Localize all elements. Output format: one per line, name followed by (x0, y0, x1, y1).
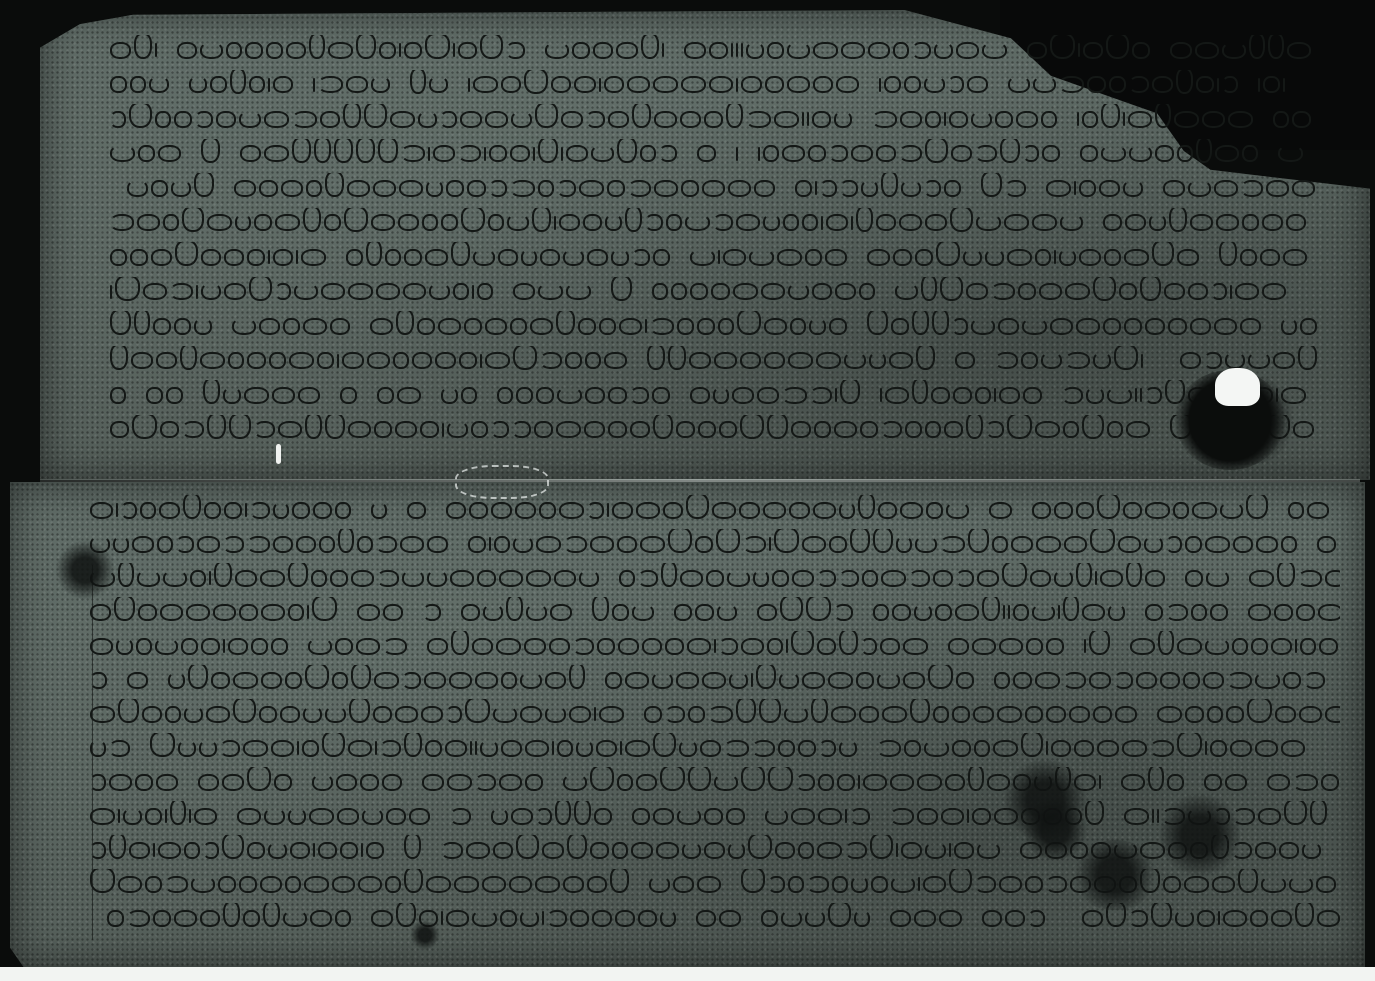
script-glyph (873, 808, 887, 825)
script-glyph (295, 774, 309, 791)
script-glyph (653, 249, 670, 266)
script-glyph (343, 104, 361, 128)
script-glyph (353, 318, 367, 335)
script-glyph (239, 604, 258, 621)
script-glyph (741, 767, 765, 791)
script-glyph (839, 502, 855, 519)
script-glyph (127, 180, 148, 197)
script-glyph (313, 502, 332, 519)
script-glyph (890, 910, 911, 927)
script-glyph (309, 808, 334, 825)
script-glyph (702, 180, 725, 197)
script-glyph (1222, 42, 1246, 59)
script-glyph (235, 570, 257, 587)
script-glyph (635, 283, 649, 300)
script-glyph (239, 876, 257, 893)
script-glyph (837, 774, 855, 791)
script-glyph (938, 352, 952, 369)
script-glyph (203, 842, 219, 859)
script-glyph (266, 42, 283, 59)
script-glyph (356, 638, 380, 655)
script-glyph (677, 318, 694, 335)
script-glyph (245, 42, 263, 59)
script-glyph (461, 604, 480, 621)
script-glyph (790, 318, 806, 335)
script-glyph (1225, 352, 1245, 369)
script-glyph (371, 910, 393, 927)
script-glyph (182, 421, 204, 438)
script-glyph (972, 638, 996, 655)
script-glyph (878, 502, 897, 519)
script-glyph (968, 767, 984, 791)
script-glyph (1141, 354, 1143, 368)
script-glyph (757, 387, 779, 404)
script-glyph (706, 570, 724, 587)
script-glyph (1205, 536, 1230, 553)
script-glyph (557, 740, 573, 757)
script-glyph (640, 145, 656, 162)
script-glyph (876, 145, 896, 162)
script-glyph (564, 536, 587, 553)
script-glyph (652, 283, 668, 300)
script-glyph (261, 672, 282, 689)
script-glyph (526, 604, 547, 621)
script-glyph (1235, 283, 1259, 300)
script-glyph (1007, 415, 1032, 439)
script-glyph (909, 570, 930, 587)
script-glyph (383, 638, 407, 655)
script-glyph (807, 876, 829, 893)
script-glyph (758, 147, 760, 161)
script-glyph (472, 285, 474, 299)
script-glyph (844, 352, 866, 369)
script-glyph (554, 216, 556, 230)
script-glyph (557, 180, 576, 197)
script-glyph (110, 285, 112, 299)
script-glyph (612, 502, 633, 519)
script-glyph (156, 774, 178, 791)
script-glyph (652, 672, 673, 689)
script-glyph (719, 638, 738, 655)
script-glyph (615, 910, 635, 927)
script-glyph (978, 352, 992, 369)
script-glyph (704, 111, 723, 128)
script-glyph (698, 421, 716, 438)
script-glyph (619, 570, 635, 587)
script-glyph (682, 842, 701, 859)
script-glyph (513, 346, 537, 370)
script-glyph (782, 145, 805, 162)
script-glyph (322, 733, 345, 757)
script-glyph (767, 415, 788, 439)
script-glyph (297, 741, 299, 755)
script-glyph (1230, 740, 1252, 757)
script-glyph (859, 706, 879, 723)
script-glyph (1030, 570, 1051, 587)
script-glyph (680, 111, 701, 128)
script-glyph (110, 346, 128, 370)
script-glyph (1152, 809, 1154, 823)
script-glyph (494, 536, 510, 553)
script-glyph (1190, 318, 1211, 335)
script-glyph (751, 673, 753, 687)
script-glyph (90, 740, 106, 757)
script-glyph (733, 283, 758, 300)
script-glyph (451, 242, 470, 266)
script-glyph (438, 318, 461, 335)
script-glyph (114, 597, 135, 621)
script-glyph (932, 311, 949, 335)
script-glyph (178, 740, 196, 757)
script-glyph (709, 76, 733, 93)
script-glyph (956, 570, 974, 587)
script-glyph (509, 876, 532, 893)
script-glyph (1128, 604, 1142, 621)
script-glyph (1318, 604, 1340, 621)
script-glyph (656, 842, 679, 859)
script-glyph (574, 76, 596, 93)
script-glyph (632, 249, 650, 266)
script-glyph (896, 843, 898, 857)
inscription-line (90, 631, 1340, 661)
script-glyph (404, 733, 422, 757)
script-glyph (377, 570, 399, 587)
script-glyph (976, 214, 1001, 231)
script-glyph (802, 536, 826, 553)
script-glyph (684, 42, 706, 59)
script-glyph (1157, 706, 1182, 723)
script-glyph (877, 672, 900, 689)
script-glyph (1002, 563, 1027, 587)
script-glyph (587, 876, 607, 893)
script-glyph (939, 910, 962, 927)
script-glyph (292, 111, 317, 128)
script-glyph (1101, 145, 1126, 162)
script-glyph (536, 536, 561, 553)
script-glyph (220, 808, 234, 825)
script-glyph (818, 808, 842, 825)
script-glyph (610, 869, 629, 893)
script-glyph (607, 180, 625, 197)
script-glyph (170, 801, 186, 825)
script-glyph (940, 536, 965, 553)
script-glyph (1283, 249, 1307, 266)
script-glyph (424, 842, 438, 859)
script-glyph (325, 173, 344, 197)
script-glyph (1281, 318, 1297, 335)
script-glyph (1005, 180, 1026, 197)
script-glyph (840, 380, 860, 404)
script-glyph (1082, 111, 1098, 128)
script-glyph (160, 42, 174, 59)
script-glyph (268, 842, 287, 859)
script-glyph (834, 604, 853, 621)
script-glyph (196, 285, 198, 299)
script-glyph (1082, 604, 1105, 621)
script-glyph (777, 249, 802, 266)
script-glyph (496, 638, 521, 655)
script-glyph (1304, 672, 1325, 689)
script-glyph (688, 767, 711, 791)
script-glyph (1295, 903, 1314, 927)
script-glyph (195, 111, 213, 128)
script-glyph (516, 387, 533, 404)
script-glyph (975, 387, 991, 404)
script-glyph (597, 638, 615, 655)
script-glyph (941, 808, 964, 825)
script-glyph (294, 283, 318, 300)
script-glyph (740, 415, 764, 439)
script-glyph (512, 421, 531, 438)
script-glyph (714, 639, 716, 653)
script-glyph (451, 631, 469, 655)
script-glyph (233, 699, 256, 723)
script-glyph (1121, 774, 1145, 791)
script-glyph (676, 421, 695, 438)
script-glyph (181, 638, 198, 655)
script-glyph (556, 311, 575, 335)
script-glyph (214, 563, 232, 587)
script-glyph (1292, 180, 1315, 197)
script-glyph (914, 604, 932, 621)
script-glyph (1211, 283, 1227, 300)
script-glyph (783, 214, 799, 231)
script-glyph (625, 208, 642, 232)
script-glyph (826, 214, 848, 231)
script-glyph (1095, 571, 1097, 585)
script-glyph (90, 638, 113, 655)
script-glyph (1107, 387, 1132, 404)
script-glyph (1220, 502, 1243, 519)
script-glyph (899, 214, 922, 231)
script-glyph (944, 112, 946, 126)
script-glyph (194, 808, 217, 825)
script-glyph (1046, 876, 1067, 893)
script-glyph (1271, 502, 1285, 519)
script-glyph (924, 740, 949, 757)
script-glyph (240, 145, 261, 162)
script-glyph (999, 387, 1020, 404)
script-glyph (851, 216, 853, 230)
script-glyph (741, 869, 765, 893)
inscription-line (110, 104, 1320, 134)
script-glyph (680, 145, 694, 162)
inscription-line (90, 563, 1340, 593)
script-glyph (344, 208, 368, 232)
script-glyph (1063, 421, 1079, 438)
script-glyph (1107, 421, 1123, 438)
script-glyph (1140, 277, 1161, 301)
script-glyph (829, 536, 847, 553)
script-glyph (441, 214, 458, 231)
script-glyph (477, 283, 493, 300)
inscription-line (110, 35, 1320, 65)
script-glyph (732, 387, 754, 404)
script-glyph (499, 774, 522, 791)
script-glyph (226, 42, 242, 59)
script-glyph (630, 387, 649, 404)
script-glyph (1125, 214, 1146, 231)
script-glyph (1114, 672, 1133, 689)
script-glyph (371, 502, 387, 519)
script-glyph (761, 910, 778, 927)
script-glyph (540, 249, 560, 266)
script-glyph (399, 43, 401, 57)
script-glyph (880, 388, 882, 402)
script-glyph (851, 876, 868, 893)
script-glyph (1080, 145, 1098, 162)
script-glyph (480, 354, 482, 368)
script-glyph (696, 910, 716, 927)
script-glyph (618, 638, 639, 655)
script-glyph (727, 570, 750, 587)
script-glyph (768, 876, 785, 893)
script-glyph (174, 910, 197, 927)
script-glyph (899, 145, 922, 162)
script-glyph (1076, 563, 1092, 587)
script-glyph (674, 604, 692, 621)
script-glyph (741, 43, 743, 57)
script-glyph (583, 214, 602, 231)
script-glyph (247, 842, 265, 859)
script-glyph (1212, 876, 1235, 893)
script-glyph (426, 876, 451, 893)
script-glyph (1316, 876, 1336, 893)
script-glyph (631, 842, 653, 859)
script-glyph (184, 842, 200, 859)
script-glyph (338, 529, 354, 553)
script-glyph (377, 387, 394, 404)
inscription-line (90, 665, 1340, 695)
script-glyph (862, 570, 878, 587)
script-glyph (663, 502, 683, 519)
script-glyph (1089, 631, 1110, 655)
script-glyph (1145, 570, 1165, 587)
script-glyph (881, 421, 902, 438)
script-glyph (1274, 604, 1293, 621)
script-glyph (1233, 536, 1253, 553)
script-glyph (484, 147, 486, 161)
script-glyph (296, 76, 310, 93)
script-glyph (374, 672, 399, 689)
script-glyph (1298, 570, 1322, 587)
script-glyph (818, 774, 834, 791)
script-glyph (134, 35, 152, 59)
script-glyph (1108, 604, 1125, 621)
script-glyph (576, 740, 593, 757)
script-glyph (471, 421, 488, 438)
script-glyph (110, 42, 131, 59)
script-glyph (370, 318, 393, 335)
script-glyph (910, 699, 930, 723)
script-glyph (1160, 672, 1180, 689)
script-glyph (835, 283, 856, 300)
script-glyph (433, 145, 455, 162)
script-glyph (796, 774, 815, 791)
script-glyph (652, 387, 670, 404)
script-glyph (171, 180, 191, 197)
script-glyph (420, 421, 439, 438)
script-glyph (303, 706, 322, 723)
script-glyph (153, 910, 171, 927)
script-glyph (536, 387, 554, 404)
script-glyph (356, 35, 376, 59)
script-glyph (271, 638, 288, 655)
script-glyph (524, 70, 548, 94)
script-glyph (446, 706, 462, 723)
script-glyph (903, 638, 928, 655)
script-glyph (1196, 139, 1212, 163)
script-glyph (288, 563, 308, 587)
script-glyph (406, 604, 420, 621)
script-glyph (551, 76, 571, 93)
script-glyph (404, 835, 421, 859)
script-glyph (1187, 774, 1201, 791)
script-glyph (679, 740, 697, 757)
script-glyph (668, 346, 686, 370)
script-glyph (1279, 842, 1299, 859)
script-glyph (1325, 570, 1340, 587)
script-glyph (592, 910, 612, 927)
script-glyph (387, 842, 401, 859)
script-glyph (1260, 249, 1280, 266)
script-glyph (466, 842, 490, 859)
script-glyph (1013, 672, 1032, 689)
script-glyph (303, 208, 321, 232)
script-glyph (110, 387, 126, 404)
script-glyph (1132, 42, 1150, 59)
script-glyph (1287, 42, 1311, 59)
script-glyph (385, 876, 401, 893)
script-glyph (1177, 145, 1193, 162)
script-glyph (461, 387, 477, 404)
script-glyph (400, 536, 424, 553)
script-glyph (427, 638, 448, 655)
script-glyph (654, 111, 677, 128)
script-glyph (155, 111, 171, 128)
script-glyph (1255, 672, 1280, 689)
script-glyph (1003, 842, 1017, 859)
script-glyph (579, 570, 599, 587)
script-glyph (429, 502, 443, 519)
script-glyph (427, 570, 447, 587)
script-glyph (620, 741, 622, 755)
script-glyph (604, 352, 627, 369)
script-glyph (704, 842, 725, 859)
script-glyph (245, 503, 247, 517)
script-glyph (952, 318, 968, 335)
script-glyph (967, 809, 969, 823)
script-glyph (474, 808, 488, 825)
script-glyph (260, 570, 285, 587)
script-glyph (1099, 775, 1101, 789)
script-glyph (1149, 214, 1166, 231)
script-glyph (175, 242, 198, 266)
script-glyph (1069, 706, 1090, 723)
script-glyph (348, 740, 372, 757)
script-glyph (451, 76, 465, 93)
script-glyph (952, 706, 970, 723)
script-glyph (480, 740, 498, 757)
script-glyph (649, 876, 670, 893)
script-glyph (719, 910, 741, 927)
script-glyph (650, 318, 674, 335)
script-glyph (893, 42, 909, 59)
script-glyph (590, 536, 614, 553)
script-glyph (787, 42, 810, 59)
script-glyph (731, 43, 733, 57)
script-glyph (994, 672, 1010, 689)
